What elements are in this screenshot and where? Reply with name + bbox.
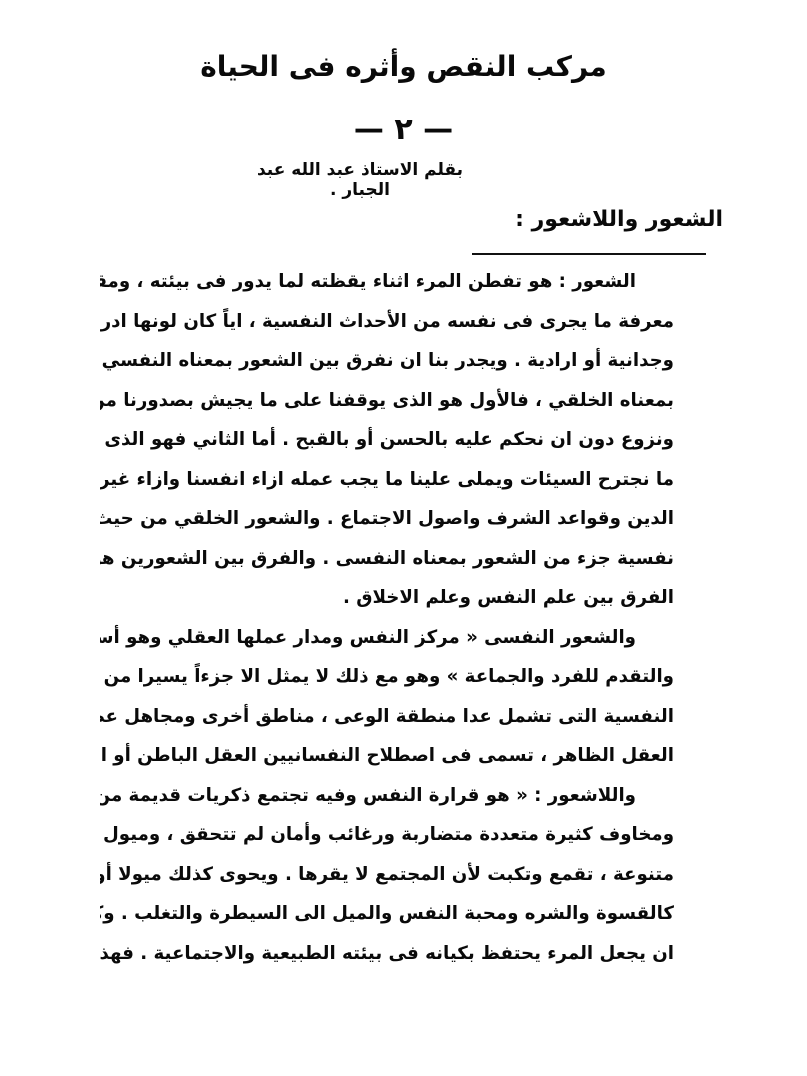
text-line: ونزوع دون ان نحكم عليه بالحسن أو بالقبح … [100,420,712,460]
heading-underline [472,253,706,255]
text-line: متنوعة ، تقمع وتكبت لأن المجتمع لا يقرها… [100,855,712,895]
text-line: نفسية جزء من الشعور بمعناه النفسى . والف… [100,539,712,579]
scanned-page: مركب النقص وأثره فى الحياة — ٢ — بقلم ال… [0,0,807,1076]
text-line: ما نجترح السيئات ويملى علينا ما يجب عمله… [100,460,712,500]
text-line: ان يجعل المرء يحتفظ بكيانه فى بيئته الطب… [100,934,712,974]
text-line: معرفة ما يجرى فى نفسه من الأحداث النفسية… [100,302,712,342]
text-line: كالقسوة والشره ومحبة النفس والميل الى ال… [100,894,712,934]
text-line: الشعور : هو تفطن المرء اثناء يقظته لما ي… [100,262,712,302]
paragraph-consciousness-definition: الشعور : هو تفطن المرء اثناء يقظته لما ي… [100,262,712,618]
text-line: بمعناه الخلقي ، فالأول هو الذى يوقفنا عل… [100,381,712,421]
text-line: العقل الظاهر ، تسمى فى اصطلاح النفسانيين… [100,736,712,776]
text-line: والتقدم للفرد والجماعة » وهو مع ذلك لا ي… [100,657,712,697]
article-title: مركب النقص وأثره فى الحياة [0,50,807,83]
section-heading: الشعور واللاشعور : [515,207,723,232]
paragraph-psychological-consciousness: والشعور النفسى « مركز النفس ومدار عملها … [100,618,712,776]
text-line: وجدانية أو ارادية . ويجدر بنا ان نفرق بي… [100,341,712,381]
text-line: ومخاوف كثيرة متعددة متضاربة ورغائب وأمان… [100,815,712,855]
text-line: الدين وقواعد الشرف واصول الاجتماع . والش… [100,499,712,539]
paragraph-unconscious: واللاشعور : « هو قرارة النفس وفيه تجتمع … [100,776,712,974]
article-body: الشعور : هو تفطن المرء اثناء يقظته لما ي… [100,262,712,973]
text-line: والشعور النفسى « مركز النفس ومدار عملها … [100,618,712,658]
author-byline: بقلم الاستاذ عبد الله عبد الجبار . [240,160,480,200]
part-number: — ٢ — [0,112,807,147]
text-line: واللاشعور : « هو قرارة النفس وفيه تجتمع … [100,776,712,816]
text-line: النفسية التى تشمل عدا منطقة الوعى ، مناط… [100,697,712,737]
text-line: الفرق بين علم النفس وعلم الاخلاق . [100,578,712,618]
